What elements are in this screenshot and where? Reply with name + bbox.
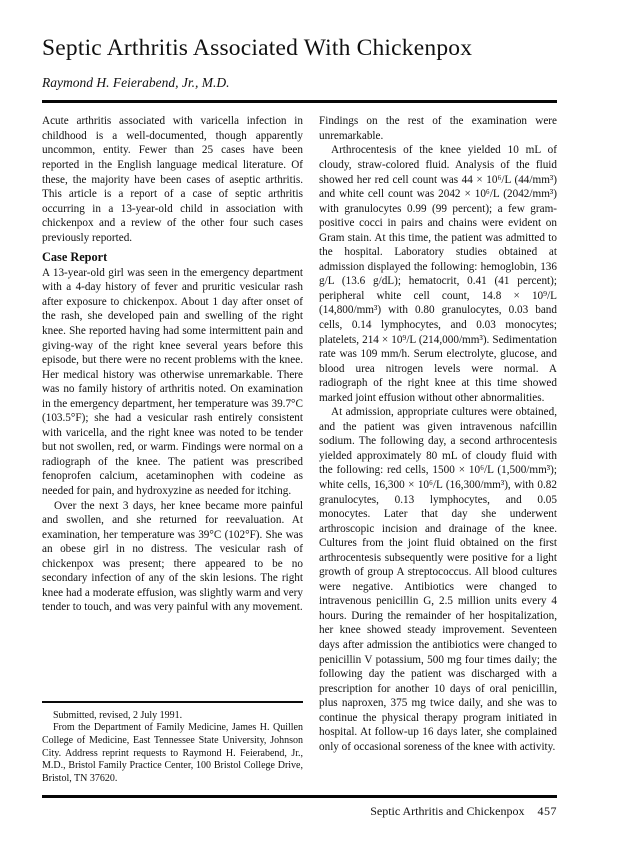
page-title: Septic Arthritis Associated With Chicken… [42, 36, 557, 62]
right-column-paragraph-3: At admission, appropriate cultures were … [319, 405, 557, 754]
section-heading-case-report: Case Report [42, 250, 303, 265]
footnote-line-submitted: Submitted, revised, 2 July 1991. [42, 710, 303, 723]
right-column-paragraph-2: Arthrocentesis of the knee yielded 10 mL… [319, 143, 557, 405]
article-header: Septic Arthritis Associated With Chicken… [42, 30, 557, 103]
page-footer: Septic Arthritis and Chickenpox457 [42, 795, 557, 819]
right-column-paragraph-1: Findings on the rest of the examination … [319, 114, 557, 143]
footnote-line-affiliation: From the Department of Family Medicine, … [42, 722, 303, 785]
page-number: 457 [538, 804, 558, 818]
header-rule-divider [42, 100, 557, 104]
case-report-paragraph-1: A 13-year-old girl was seen in the emerg… [42, 266, 303, 499]
case-report-paragraph-2: Over the next 3 days, her knee became mo… [42, 499, 303, 615]
footer-rule-divider [42, 795, 557, 798]
journal-page: Septic Arthritis Associated With Chicken… [0, 0, 620, 853]
footnote-rule-divider [42, 701, 303, 703]
article-body: Acute arthritis associated with varicell… [42, 114, 557, 787]
article-author: Raymond H. Feierabend, Jr., M.D. [42, 75, 557, 91]
running-title: Septic Arthritis and Chickenpox [370, 804, 524, 818]
intro-paragraph: Acute arthritis associated with varicell… [42, 114, 303, 245]
left-column: Acute arthritis associated with varicell… [42, 114, 303, 787]
running-footer: Septic Arthritis and Chickenpox457 [42, 804, 557, 819]
right-column: Findings on the rest of the examination … [319, 114, 557, 787]
footnote: Submitted, revised, 2 July 1991. From th… [42, 701, 303, 787]
